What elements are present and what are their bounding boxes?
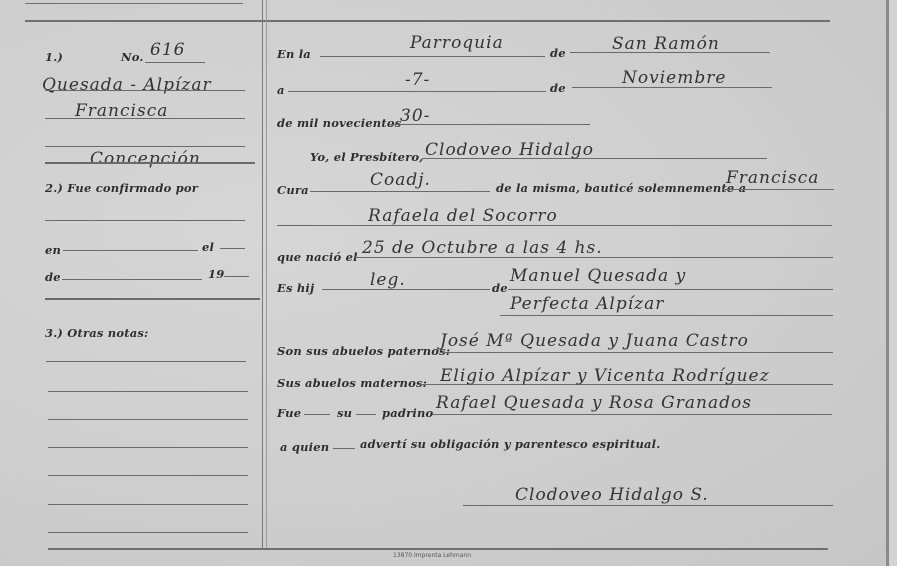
paternos-value: José Mª Quesada y Juana Castro — [440, 331, 749, 351]
imprint: 13870 Imprenta Lehmann — [393, 552, 471, 559]
bautice-label: de la misma, bauticé solemnemente a — [496, 181, 746, 195]
presbitero-label: Yo, el Presbítero, — [310, 150, 423, 164]
baptized-name-1: Francisca — [726, 168, 819, 188]
a-label: a — [277, 83, 285, 97]
su-label: su — [337, 406, 352, 420]
notes-line-6 — [48, 504, 248, 505]
en-la-line — [320, 56, 545, 57]
year-value: 30- — [400, 106, 430, 126]
confirmado-line — [45, 220, 245, 221]
section2-label: 2.) Fue confirmado por — [45, 181, 198, 195]
el-label: el — [202, 240, 214, 254]
hij-label: Es hij — [277, 281, 314, 295]
column-divider-2 — [266, 0, 267, 548]
en-la-value: Parroquia — [410, 33, 504, 53]
other-name: Concepción — [90, 149, 201, 169]
cura-line — [310, 191, 490, 192]
de-label-2: de — [550, 81, 566, 95]
number-label: No. — [121, 50, 144, 64]
mother-line — [500, 315, 833, 316]
hij-line — [322, 289, 490, 290]
de-line — [62, 279, 202, 280]
cura-value: Coadj. — [370, 170, 431, 190]
year-label: de mil novecientos — [277, 116, 401, 130]
hij-value: leg. — [370, 270, 406, 290]
fue-label: Fue — [277, 406, 301, 420]
cura-label: Cura — [277, 183, 309, 197]
notes-line-2 — [48, 391, 248, 392]
surnames: Quesada - Alpízar — [42, 75, 212, 95]
bottom-double-rule — [48, 548, 828, 550]
section2-end-rule — [45, 298, 260, 300]
signature-line — [463, 505, 833, 506]
top-double-rule — [25, 20, 830, 22]
su-line — [356, 414, 376, 415]
father-value: Manuel Quesada y — [510, 266, 686, 286]
nacio-label: que nació el — [277, 250, 358, 264]
en-label: en — [45, 243, 61, 257]
month-value: Noviembre — [622, 68, 726, 88]
de-label-1: de — [550, 46, 566, 60]
day-value: -7- — [405, 70, 430, 90]
priest-signature: Clodoveo Hidalgo S. — [515, 485, 709, 505]
year-prefix: 19 — [208, 267, 224, 281]
padrino-line — [432, 414, 832, 415]
given-name-line — [45, 118, 245, 119]
advertencia-label: advertí su obligación y parentesco espir… — [360, 437, 660, 451]
document-card: 1.) No. 616 Quesada - Alpízar Francisca … — [0, 0, 888, 566]
baptized-name-2: Rafaela del Socorro — [368, 206, 558, 226]
paternos-line — [440, 352, 833, 353]
card-margin — [889, 0, 897, 566]
place-value: San Ramón — [612, 34, 720, 54]
fue-line — [304, 414, 330, 415]
padrino-value: Rafael Quesada y Rosa Granados — [436, 393, 752, 413]
column-divider — [262, 0, 263, 548]
quien-line — [333, 448, 355, 449]
top-rule-left — [25, 3, 243, 4]
de-label-3: de — [492, 281, 508, 295]
section3-label: 3.) Otras notas: — [45, 326, 148, 340]
el-line — [220, 248, 245, 249]
section1-end-rule — [45, 162, 255, 164]
notes-line-1 — [46, 361, 246, 362]
notes-line-5 — [48, 475, 248, 476]
number-line — [145, 62, 205, 63]
padrino-label: padrino — [382, 406, 433, 420]
blank-line — [45, 146, 245, 147]
baptized-name-line-1 — [722, 189, 834, 190]
maternos-label: Sus abuelos maternos: — [277, 376, 427, 390]
day-line — [288, 91, 546, 92]
notes-line-4 — [48, 447, 248, 448]
de-label: de — [45, 270, 61, 284]
nacio-value: 25 de Octubre a las 4 hs. — [362, 238, 603, 258]
mother-value: Perfecta Alpízar — [510, 294, 664, 314]
year-line — [224, 276, 249, 277]
paternos-label: Son sus abuelos paternos: — [277, 344, 450, 358]
en-la-label: En la — [277, 47, 311, 61]
notes-line-3 — [48, 419, 248, 420]
en-line — [63, 250, 198, 251]
section1-label: 1.) — [45, 50, 63, 64]
maternos-value: Eligio Alpízar y Vicenta Rodríguez — [440, 366, 770, 386]
father-line — [508, 289, 833, 290]
record-number: 616 — [150, 40, 185, 60]
presbitero-value: Clodoveo Hidalgo — [425, 140, 594, 160]
quien-label: a quien — [280, 440, 329, 454]
notes-line-7 — [48, 532, 248, 533]
surnames-line — [45, 90, 245, 91]
